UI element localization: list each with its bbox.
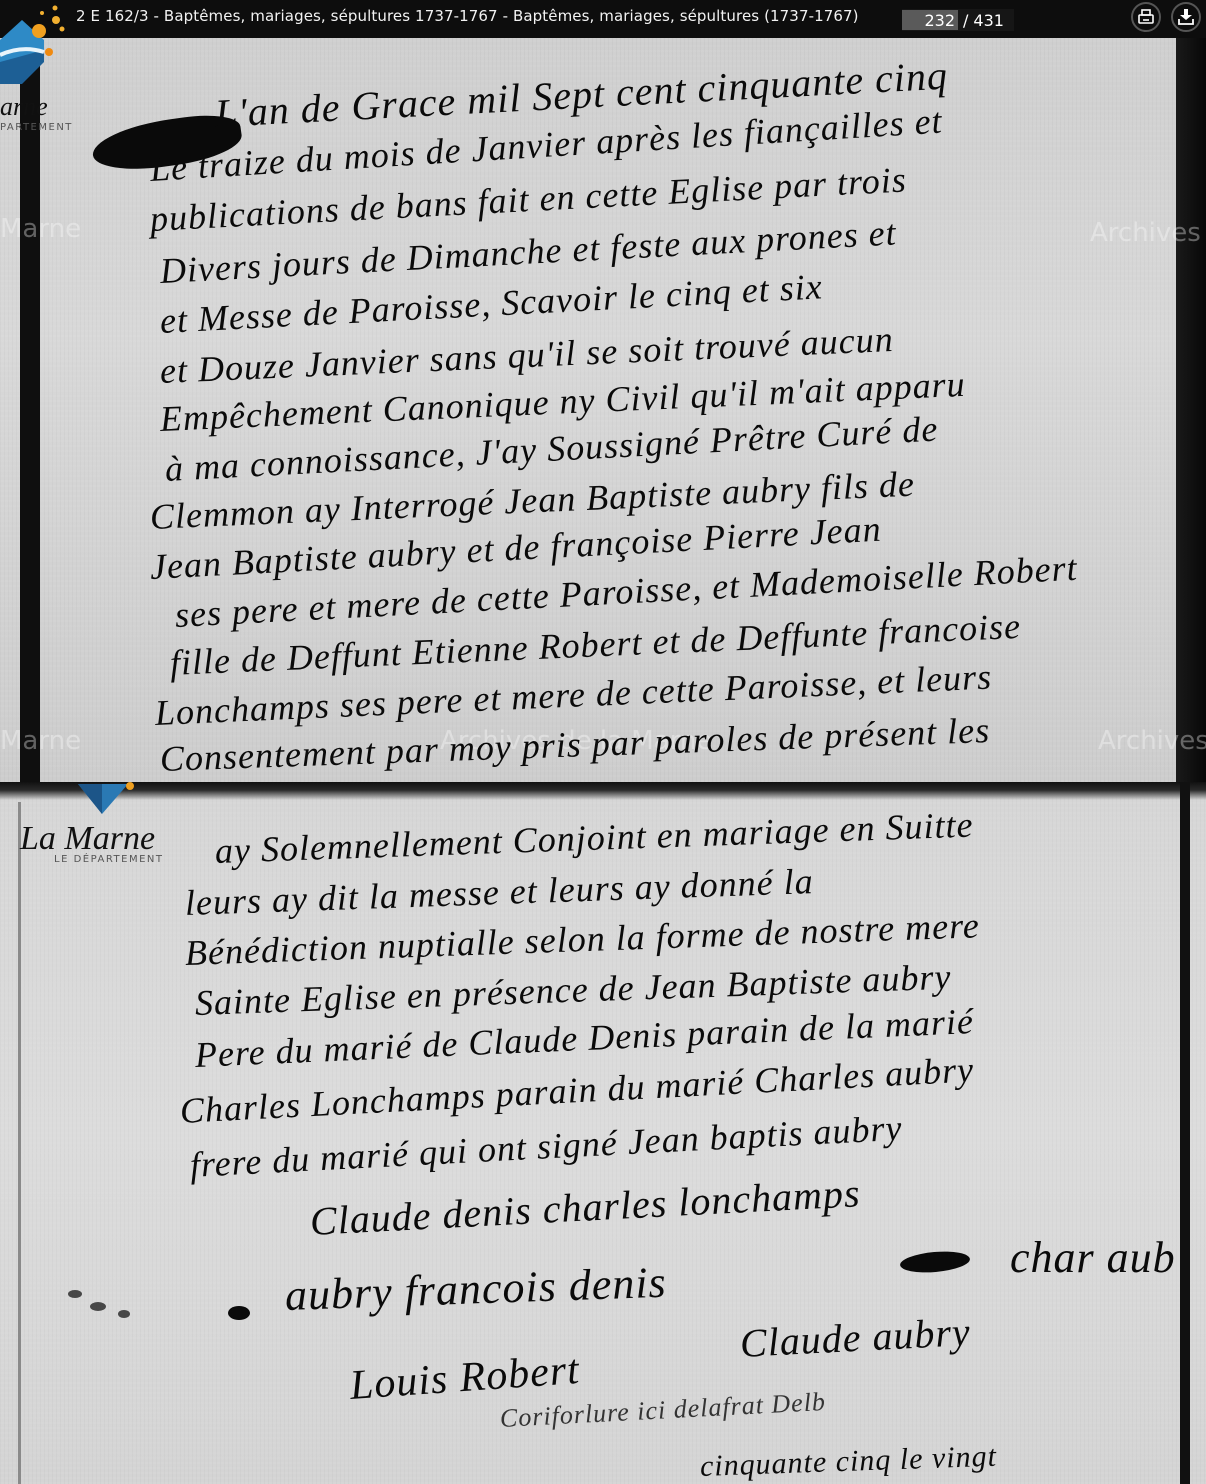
logo-subtitle: LE DÉPARTEMENT [54,854,164,865]
page-binding-right [1176,38,1206,782]
logo-brand-text: arne [0,92,48,122]
logo-subtitle: PARTEMENT [0,122,73,133]
ink-blot [228,1306,250,1320]
register-page-upper[interactable]: Marne Archives d Marne Archives de la Ma… [0,38,1206,782]
page-separator: / [963,11,968,30]
signature: char aub [1010,1232,1176,1283]
ink-blot [90,1302,106,1311]
printer-icon [1137,8,1155,26]
page-binding-left [20,38,40,782]
ink-blot [118,1310,130,1318]
watermark-right: Archives d [1090,218,1206,248]
la-marne-logo-small [78,782,138,818]
page-number-input[interactable] [902,10,958,30]
page-navigator: / 431 [902,9,1014,31]
page-binding-right [1180,782,1190,1484]
watermark-left-bottom: Marne [0,726,81,756]
watermark-right-bottom: Archives d [1098,726,1206,756]
download-button[interactable] [1171,2,1201,32]
margin-rule [18,802,21,1484]
logo-brand-text: La Marne [20,820,155,858]
register-page-lower[interactable]: La Marne LE DÉPARTEMENT ay Solemnellemen… [0,782,1206,1484]
viewer-toolbar: 2 E 162/3 - Baptêmes, mariages, sépultur… [0,0,1206,38]
download-icon [1177,8,1195,26]
ink-blot [68,1290,82,1298]
document-title: 2 E 162/3 - Baptêmes, mariages, sépultur… [76,7,859,25]
print-button[interactable] [1131,2,1161,32]
page-top-edge [0,782,1206,800]
page-total: 431 [973,11,1004,30]
watermark-left: Marne [0,214,81,244]
